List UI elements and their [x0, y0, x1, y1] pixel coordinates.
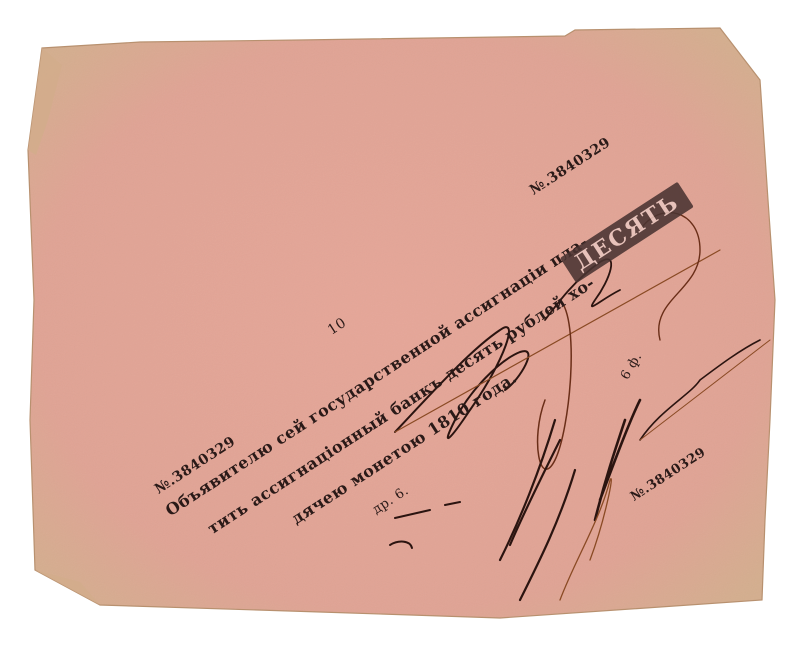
- paper-sheet: [0, 0, 800, 647]
- banknote: №.3840329 №.3840329 №.3840329 10 Объявит…: [0, 0, 800, 647]
